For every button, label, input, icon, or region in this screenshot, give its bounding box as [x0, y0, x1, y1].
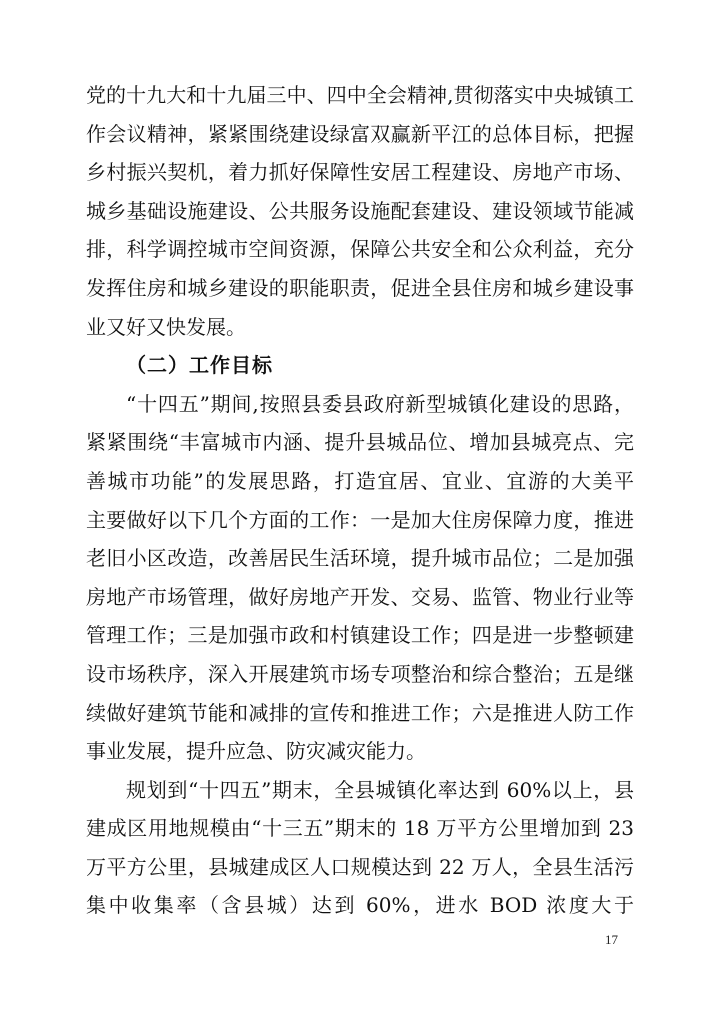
text-line: 续做好建筑节能和减排的宣传和推进工作；六是推进人防工作	[86, 694, 634, 733]
text-line: 管理工作；三是加强市政和村镇建设工作；四是进一步整顿建	[86, 616, 634, 655]
text-line: 房地产市场管理，做好房地产开发、交易、监管、物业行业等	[86, 578, 634, 617]
text-line: 业又好又快发展。	[86, 308, 634, 347]
text-line: 作会议精神，紧紧围绕建设绿富双赢新平江的总体目标，把握	[86, 115, 634, 154]
text-line: 排，科学调控城市空间资源，保障公共安全和公众利益，充分	[86, 230, 634, 269]
text-line: 集中收集率（含县城）达到 60%，进水 BOD 浓度大于 100mg/L	[86, 886, 634, 925]
text-line: “十四五”期间,按照县委县政府新型城镇化建设的思路，	[86, 385, 634, 424]
section-heading: （二）工作目标	[86, 346, 634, 385]
text-line: 乡村振兴契机，着力抓好保障性安居工程建设、房地产市场、	[86, 153, 634, 192]
text-line: 主要做好以下几个方面的工作：一是加大住房保障力度，推进	[86, 501, 634, 540]
page-number: 17	[605, 932, 618, 948]
text-line: 事业发展，提升应急、防灾减灾能力。	[86, 732, 634, 771]
text-line: 发挥住房和城乡建设的职能职责，促进全县住房和城乡建设事	[86, 269, 634, 308]
text-line: 万平方公里，县城建成区人口规模达到 22 万人，全县生活污水	[86, 848, 634, 887]
text-line: 党的十九大和十九届三中、四中全会精神,贯彻落实中央城镇工	[86, 76, 634, 115]
text-line: 城乡基础设施建设、公共服务设施配套建设、建设领域节能减	[86, 192, 634, 231]
text-line: 善城市功能”的发展思路，打造宜居、宜业、宜游的大美平江，	[86, 462, 634, 501]
text-line: 紧紧围绕“丰富城市内涵、提升县城品位、增加县城亮点、完	[86, 423, 634, 462]
text-line: 规划到“十四五”期末，全县城镇化率达到 60%以上，县城	[86, 771, 634, 810]
document-page: 党的十九大和十九届三中、四中全会精神,贯彻落实中央城镇工 作会议精神，紧紧围绕建…	[0, 0, 714, 1010]
text-line: 建成区用地规模由“十三五”期末的 18 万平方公里增加到 23	[86, 809, 634, 848]
text-line: 老旧小区改造，改善居民生活环境，提升城市品位；二是加强	[86, 539, 634, 578]
document-body: 党的十九大和十九届三中、四中全会精神,贯彻落实中央城镇工 作会议精神，紧紧围绕建…	[86, 76, 634, 925]
text-line: 设市场秩序，深入开展建筑市场专项整治和综合整治；五是继	[86, 655, 634, 694]
